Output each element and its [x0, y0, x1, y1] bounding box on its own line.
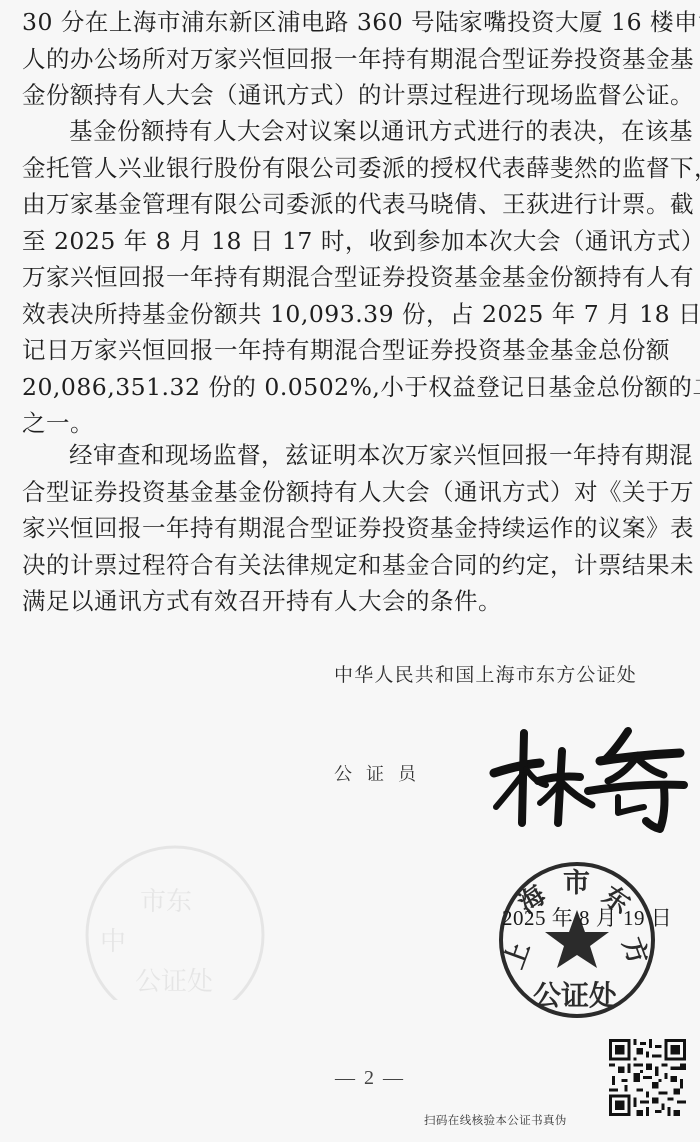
paragraph-conclusion: 经审查和现场监督，兹证明本次万家兴恒回报一年持有期混 合型证券投资基金基金份额持…: [22, 437, 682, 620]
verification-qr-code[interactable]: [609, 1039, 686, 1116]
svg-text:市: 市: [563, 868, 590, 899]
page-number: — 2 —: [335, 1067, 405, 1090]
qr-verification-caption: 扫码在线核验本公证书真伪: [424, 1112, 567, 1128]
text-line: 至 2025 年 8 月 18 日 17 时，收到参加本次大会（通讯方式）的: [22, 223, 682, 260]
svg-text:市东: 市东: [140, 887, 192, 917]
text-line: 记日万家兴恒回报一年持有期混合型证券投资基金基金总份额: [22, 332, 682, 369]
text-line: 万家兴恒回报一年持有期混合型证券投资基金基金份额持有人有: [22, 259, 682, 296]
embossed-seal-watermark: 市东 中 公证处: [80, 840, 270, 1000]
text-line: 经审查和现场监督，兹证明本次万家兴恒回报一年持有期混: [22, 437, 682, 474]
text-line: 30 分在上海市浦东新区浦电路 360 号陆家嘴投资大厦 16 楼申请: [22, 4, 682, 41]
text-line: 金份额持有人大会（通讯方式）的计票过程进行现场监督公证。: [22, 77, 682, 114]
text-line: 基金份额持有人大会对议案以通讯方式进行的表决，在该基: [22, 113, 682, 150]
text-line: 满足以通讯方式有效召开持有人大会的条件。: [22, 583, 682, 620]
notarial-certificate-page: 30 分在上海市浦东新区浦电路 360 号陆家嘴投资大厦 16 楼申请 人的办公…: [0, 0, 700, 1142]
seal-bottom-text: 公证处: [533, 979, 617, 1012]
text-line: 由万家基金管理有限公司委派的代表马晓倩、王荻进行计票。截: [22, 186, 682, 223]
text-line: 决的计票过程符合有关法律规定和基金合同的约定，计票结果未: [22, 547, 682, 584]
text-line: 家兴恒回报一年持有期混合型证券投资基金持续运作的议案》表: [22, 510, 682, 547]
text-line: 合型证券投资基金基金份额持有人大会（通讯方式）对《关于万: [22, 474, 682, 511]
notary-signature: [488, 725, 688, 835]
svg-text:中: 中: [100, 927, 126, 957]
official-seal: 上 海 市 东 方 公证处: [497, 860, 657, 1020]
text-line: 效表决所持基金份额共 10,093.39 份，占 2025 年 7 月 18 日…: [22, 296, 682, 333]
text-line: 20,086,351.32 份的 0.0502%,小于权益登记日基金总份额的二分: [22, 369, 682, 406]
text-line: 金托管人兴业银行股份有限公司委派的授权代表薛斐然的监督下，: [22, 150, 682, 187]
certificate-date: 2025 年 8 月 19 日: [502, 902, 672, 932]
notary-label: 公证员: [334, 760, 430, 786]
text-line: 人的办公场所对万家兴恒回报一年持有期混合型证券投资基金基: [22, 41, 682, 78]
svg-text:公证处: 公证处: [135, 967, 213, 997]
paragraph-vote-count: 基金份额持有人大会对议案以通讯方式进行的表决，在该基 金托管人兴业银行股份有限公…: [22, 113, 682, 442]
issuing-office: 中华人民共和国上海市东方公证处: [334, 660, 637, 687]
paragraph-intro: 30 分在上海市浦东新区浦电路 360 号陆家嘴投资大厦 16 楼申请 人的办公…: [22, 4, 682, 114]
